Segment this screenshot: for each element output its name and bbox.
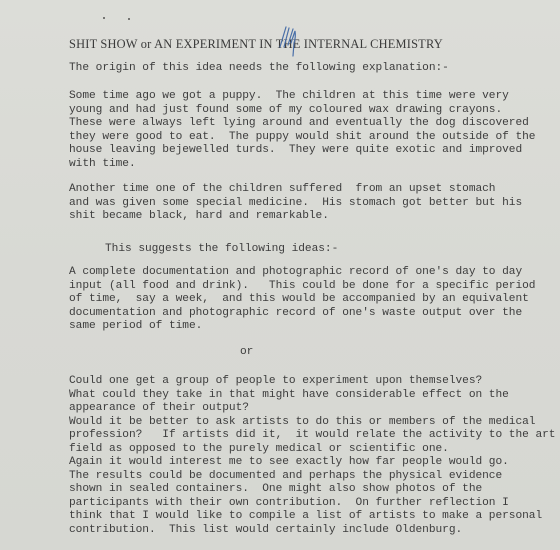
intro-line: The origin of this idea needs the follow… xyxy=(69,62,449,74)
text-line: with time. xyxy=(69,158,136,170)
text-line: The results could be documented and perh… xyxy=(69,470,502,482)
text-line: input (all food and drink). This could b… xyxy=(69,280,535,292)
stray-marks xyxy=(103,17,133,21)
text-line: contribution. This list would certainly … xyxy=(69,524,462,536)
text-line: Would it be better to ask artists to do … xyxy=(69,416,535,428)
text-line: shown in sealed containers. One might al… xyxy=(69,483,482,495)
text-line: appearance of their output? xyxy=(69,402,249,414)
title-suffix: INTERNAL CHEMISTRY xyxy=(300,37,442,51)
or-separator: or xyxy=(240,346,253,358)
text-line: Another time one of the children suffere… xyxy=(69,183,495,195)
text-line: A complete documentation and photographi… xyxy=(69,266,522,278)
text-line: participants with their own contribution… xyxy=(69,497,509,509)
text-line: What could they take in that might have … xyxy=(69,389,509,401)
text-line: same period of time. xyxy=(69,320,202,332)
text-line: Some time ago we got a puppy. The childr… xyxy=(69,90,509,102)
text-line: house leaving bejewelled turds. They wer… xyxy=(69,144,522,156)
text-line: field as opposed to the purely medical o… xyxy=(69,443,449,455)
text-line: documentation and photographic record of… xyxy=(69,307,522,319)
typewritten-page: SHIT SHOW or AN EXPERIMENT IN THE INTERN… xyxy=(0,0,560,550)
text-line: think that I would like to compile a lis… xyxy=(69,510,542,522)
text-line: Could one get a group of people to exper… xyxy=(69,375,482,387)
document-title: SHIT SHOW or AN EXPERIMENT IN THE INTERN… xyxy=(69,37,443,52)
text-line: young and had just found some of my colo… xyxy=(69,104,502,116)
text-line: of time, say a week, and this would be a… xyxy=(69,293,529,305)
text-line: Again it would interest me to see exactl… xyxy=(69,456,509,468)
suggests-line: This suggests the following ideas:- xyxy=(105,243,338,255)
text-line: profession? If artists did it, it would … xyxy=(69,429,555,441)
text-line: These were always left lying around and … xyxy=(69,117,529,129)
text-line: and was given some special medicine. His… xyxy=(69,197,522,209)
text-line: shit became black, hard and remarkable. xyxy=(69,210,329,222)
title-prefix: SHIT SHOW or AN EXPERIMENT IN xyxy=(69,37,276,51)
title-struck-word: THE xyxy=(276,37,301,51)
text-line: they were good to eat. The puppy would s… xyxy=(69,131,535,143)
